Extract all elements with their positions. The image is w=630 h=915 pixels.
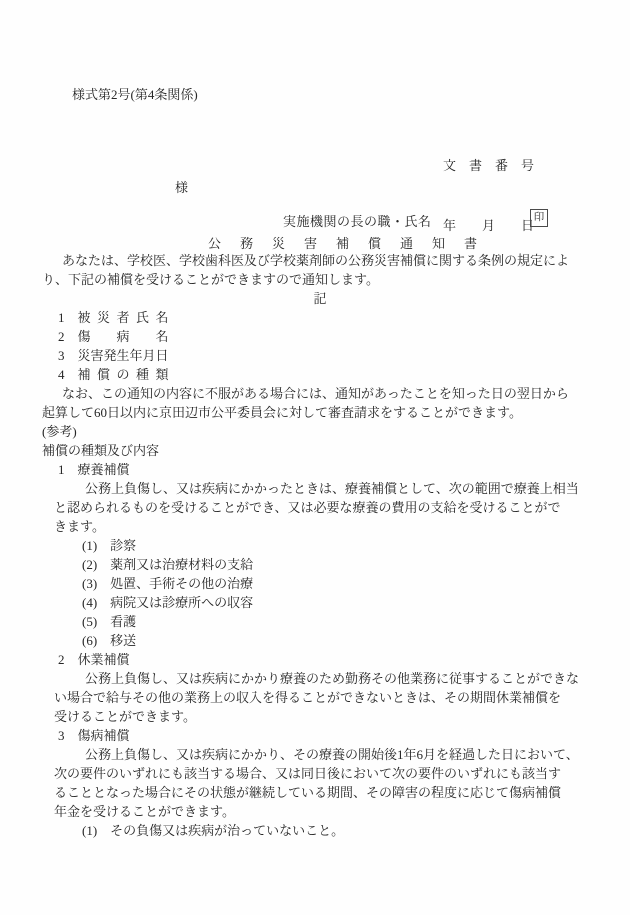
body-line: (1) 診察 [42, 536, 598, 555]
body-line: 2 休業補償 [42, 650, 598, 669]
body-line: 公務上負傷し、又は疾病にかかり療養のため勤務その他業務に従事することができな [42, 669, 598, 688]
document-number-line: 文 書 番 号 [443, 156, 534, 176]
body-line: なお、この通知の内容に不服がある場合には、通知があったことを知った日の翌日から [42, 384, 598, 403]
body-line: い場合で給与その他の業務上の収入を得ることができないときは、その期間休業補償を [42, 688, 598, 707]
body-line: 4 補 償 の 種 類 [42, 365, 598, 384]
body-line: 1 療養補償 [42, 460, 598, 479]
body-line: きます。 [42, 517, 598, 536]
body-line: (参考) [42, 422, 598, 441]
body-line: 年金を受けることができます。 [42, 802, 598, 821]
body-line: 公務上負傷し、又は疾病にかかり、その療養の開始後1年6月を経過した日において、 [42, 745, 598, 764]
seal-stamp-box: 印 [530, 209, 548, 227]
body-line: (6) 移送 [42, 631, 598, 650]
body-line: 受けることができます。 [42, 707, 598, 726]
document-page: 様式第2号(第4条関係) 文 書 番 号 年 月 日 様 実施機関の長の職・氏名… [0, 0, 630, 915]
body-line: (1) その負傷又は疾病が治っていないこと。 [42, 821, 598, 840]
body-line: ることとなった場合にその状態が継続している期間、その障害の程度に応じて傷病補償 [42, 783, 598, 802]
body-line: り、下記の補償を受けることができますので通知します。 [42, 270, 598, 289]
body-line: 1 被 災 者 氏 名 [42, 308, 598, 327]
document-title: 公 務 災 害 補 償 通 知 書 [208, 233, 480, 252]
document-body: あなたは、学校医、学校歯科医及び学校薬剤師の公務災害補償に関する条例の規定により… [42, 251, 598, 840]
body-line: 起算して60日以内に京田辺市公平委員会に対して審査請求をすることができます。 [42, 403, 598, 422]
body-line: 記 [42, 289, 598, 308]
addressee-sama: 様 [175, 177, 188, 196]
body-line: 公務上負傷し、又は疾病にかかったときは、療養補償として、次の範囲で療養上相当 [42, 479, 598, 498]
body-line: と認められるものを受けることができ、又は必要な療養の費用の支給を受けることがで [42, 498, 598, 517]
body-line: (5) 看護 [42, 612, 598, 631]
body-line: 補償の種類及び内容 [42, 441, 598, 460]
body-line: 2 傷 病 名 [42, 327, 598, 346]
body-line: あなたは、学校医、学校歯科医及び学校薬剤師の公務災害補償に関する条例の規定によ [42, 251, 598, 270]
form-number: 様式第2号(第4条関係) [72, 84, 198, 103]
body-line: 次の要件のいずれにも該当する場合、又は同日後において次の要件のいずれにも該当す [42, 764, 598, 783]
body-line: 3 傷病補償 [42, 726, 598, 745]
body-line: (3) 処置、手術その他の治療 [42, 574, 598, 593]
body-line: (4) 病院又は診療所への収容 [42, 593, 598, 612]
body-line: (2) 薬剤又は治療材料の支給 [42, 555, 598, 574]
issuer-title-line: 実施機関の長の職・氏名 [283, 211, 432, 230]
body-line: 3 災害発生年月日 [42, 346, 598, 365]
